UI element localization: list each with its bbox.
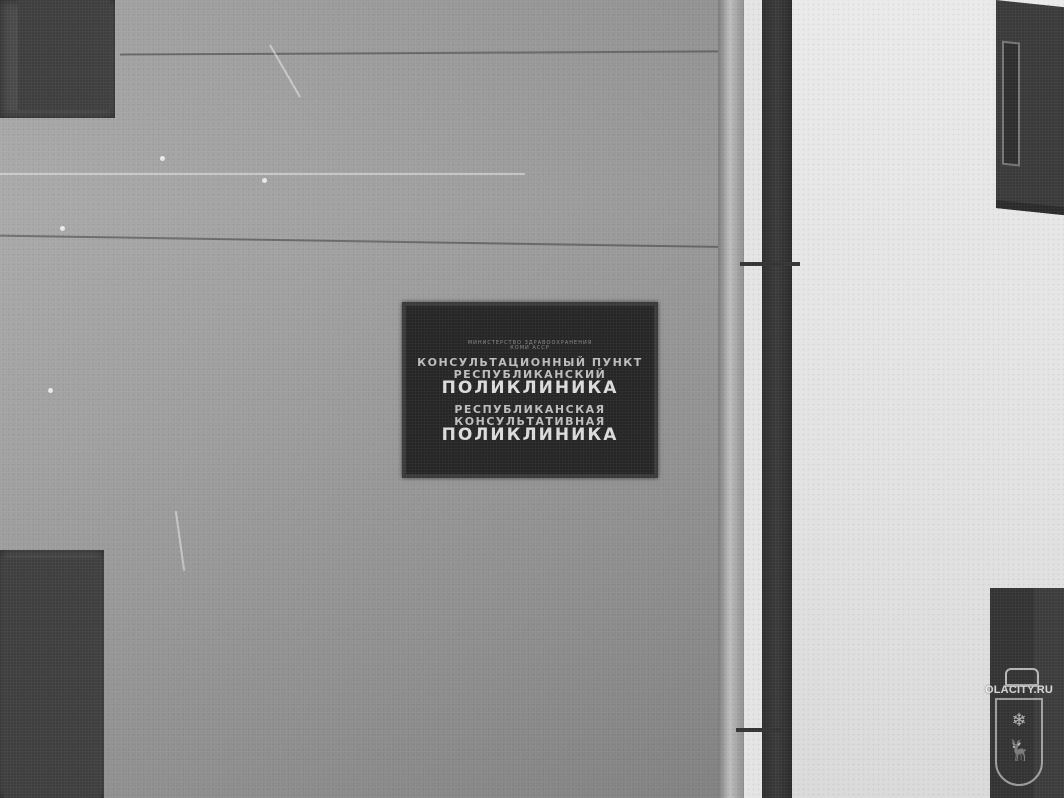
drainpipe-light: [718, 0, 744, 798]
snowflake-icon: ❄: [1007, 710, 1031, 731]
window-top-right: [996, 0, 1064, 215]
photograph: МИНИСТЕРСТВО ЗДРАВООХРАНЕНИЯ КОМИ АССР К…: [0, 0, 1064, 798]
speck: [60, 226, 65, 231]
speck: [48, 388, 53, 393]
speck: [262, 178, 267, 183]
scratch-line: [0, 173, 525, 175]
plaque-line: ПОЛИКЛИНИКА: [442, 427, 619, 445]
drainpipe-dark: [762, 0, 792, 798]
deer-icon: 🦌: [1007, 738, 1031, 762]
polyclinic-plaque: МИНИСТЕРСТВО ЗДРАВООХРАНЕНИЯ КОМИ АССР К…: [402, 302, 658, 478]
watermark-text: OLACITY.RU: [983, 684, 1055, 696]
window-top-left: [0, 0, 115, 118]
plaque-line: ПОЛИКЛИНИКА: [442, 380, 619, 398]
pipe-clamp: [740, 262, 800, 266]
pipe-clamp: [736, 728, 784, 732]
speck: [160, 156, 165, 161]
olacity-watermark: OLACITY.RU ❄ 🦌: [983, 664, 1055, 792]
window-bottom-left: [0, 550, 104, 798]
plaque-line: КОМИ АССР: [510, 346, 550, 351]
